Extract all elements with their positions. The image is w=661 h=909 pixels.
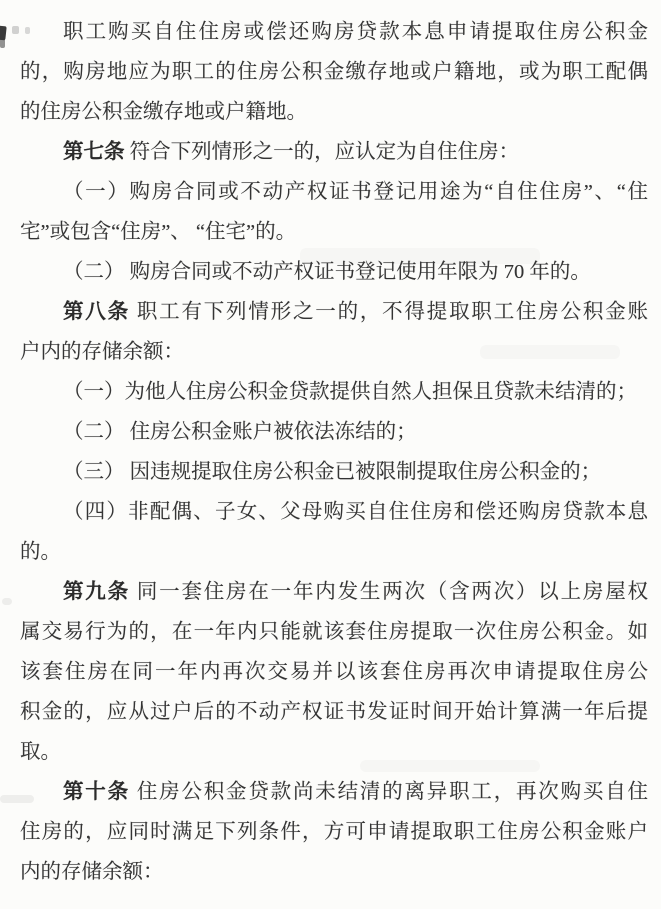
paragraph-line: 第七条 符合下列情形之一的，应认定为自住住房： (20, 132, 648, 172)
paragraph-line: （二） 住房公积金账户被依法冻结的； (20, 412, 648, 452)
line-text: 的。 (20, 541, 61, 563)
paragraph-line: （一）购房合同或不动产权证书登记用途为“自住住房”、“住 (20, 172, 648, 212)
line-text: （一）为他人住房公积金贷款提供自然人担保且贷款未结清的； (63, 381, 637, 403)
scan-artifact-mark (25, 27, 30, 34)
paragraph-line: （三） 因违规提取住房公积金已被限制提取住房公积金的； (20, 452, 648, 492)
paragraph-line: 宅”或包含“住房”、 “住宅”的。 (20, 212, 648, 252)
scan-artifact-mark (12, 26, 19, 34)
paragraph-line: 职工购买自住住房或偿还购房贷款本息申请提取住房公积金 (20, 12, 648, 52)
article-number: 第八条 (63, 300, 130, 323)
scan-smudge (300, 248, 540, 264)
line-text: 属交易行为的，在一年内只能就该套住房提取一次住房公积金。如 (20, 621, 648, 643)
line-text: （三） 因违规提取住房公积金已被限制提取住房公积金的； (63, 461, 601, 483)
paragraph-line: 该套住房在同一年内再次交易并以该套住房再次申请提取住房公 (20, 652, 648, 692)
line-text: （二） 住房公积金账户被依法冻结的； (63, 421, 417, 443)
line-text: 职工购买自住住房或偿还购房贷款本息申请提取住房公积金 (63, 21, 648, 43)
line-text: （一）购房合同或不动产权证书登记用途为“自住住房”、“住 (63, 181, 648, 203)
paragraph-line: 的住房公积金缴存地或户籍地。 (20, 92, 648, 132)
line-text: 同一套住房在一年内发生两次（含两次）以上房屋权 (130, 581, 648, 603)
paragraph-line: 属交易行为的，在一年内只能就该套住房提取一次住房公积金。如 (20, 612, 648, 652)
scan-artifact-mark (0, 795, 34, 803)
paragraph-line: 的，购房地应为职工的住房公积金缴存地或户籍地，或为职工配偶 (20, 52, 648, 92)
line-text: 的住房公积金缴存地或户籍地。 (20, 101, 307, 123)
document-page: 职工购买自住住房或偿还购房贷款本息申请提取住房公积金 的，购房地应为职工的住房公… (0, 0, 661, 909)
line-text: （二） 购房合同或不动产权证书登记使用年限为 70 年的。 (63, 261, 591, 283)
article-number: 第十条 (63, 780, 130, 803)
paragraph-line: 住房的，应同时满足下列条件，方可申请提取职工住房公积金账户 (20, 812, 648, 852)
article-number: 第九条 (63, 580, 130, 603)
line-text: 符合下列情形之一的，应认定为自住住房： (125, 141, 520, 163)
line-text: 住房的，应同时满足下列条件，方可申请提取职工住房公积金账户 (20, 821, 648, 843)
paragraph-line: 积金的，应从过户后的不动产权证书发证时间开始计算满一年后提 (20, 692, 648, 732)
article-number: 第七条 (63, 140, 125, 163)
scan-artifact-mark (0, 38, 5, 48)
paragraph-line: 取。 (20, 732, 648, 772)
paragraph-line: 的。 (20, 532, 648, 572)
line-text: 住房公积金贷款尚未结清的离异职工，再次购买自住 (130, 781, 648, 803)
line-text: （四）非配偶、子女、父母购买自住住房和偿还购房贷款本息 (63, 501, 648, 523)
paragraph-line: 第八条 职工有下列情形之一的，不得提取职工住房公积金账 (20, 292, 648, 332)
paragraph-line: 第十条 住房公积金贷款尚未结清的离异职工，再次购买自住 (20, 772, 648, 812)
line-text: 户内的存储余额： (20, 341, 184, 363)
paragraph-line: （四）非配偶、子女、父母购买自住住房和偿还购房贷款本息 (20, 492, 648, 532)
line-text: 的，购房地应为职工的住房公积金缴存地或户籍地，或为职工配偶 (20, 61, 648, 83)
paragraph-line: 内的存储余额： (20, 852, 648, 892)
paragraph-line: 第九条 同一套住房在一年内发生两次（含两次）以上房屋权 (20, 572, 648, 612)
scan-smudge (480, 345, 620, 359)
line-text: 该套住房在同一年内再次交易并以该套住房再次申请提取住房公 (20, 661, 648, 683)
scan-smudge (360, 760, 540, 772)
line-text: 取。 (20, 741, 61, 763)
line-text: 宅”或包含“住房”、 “住宅”的。 (20, 221, 296, 243)
line-text: 职工有下列情形之一的，不得提取职工住房公积金账 (130, 301, 648, 323)
scan-artifact-mark (2, 598, 12, 605)
line-text: 内的存储余额： (20, 861, 164, 883)
line-text: 积金的，应从过户后的不动产权证书发证时间开始计算满一年后提 (20, 701, 648, 723)
paragraph-line: （一）为他人住房公积金贷款提供自然人担保且贷款未结清的； (20, 372, 648, 412)
